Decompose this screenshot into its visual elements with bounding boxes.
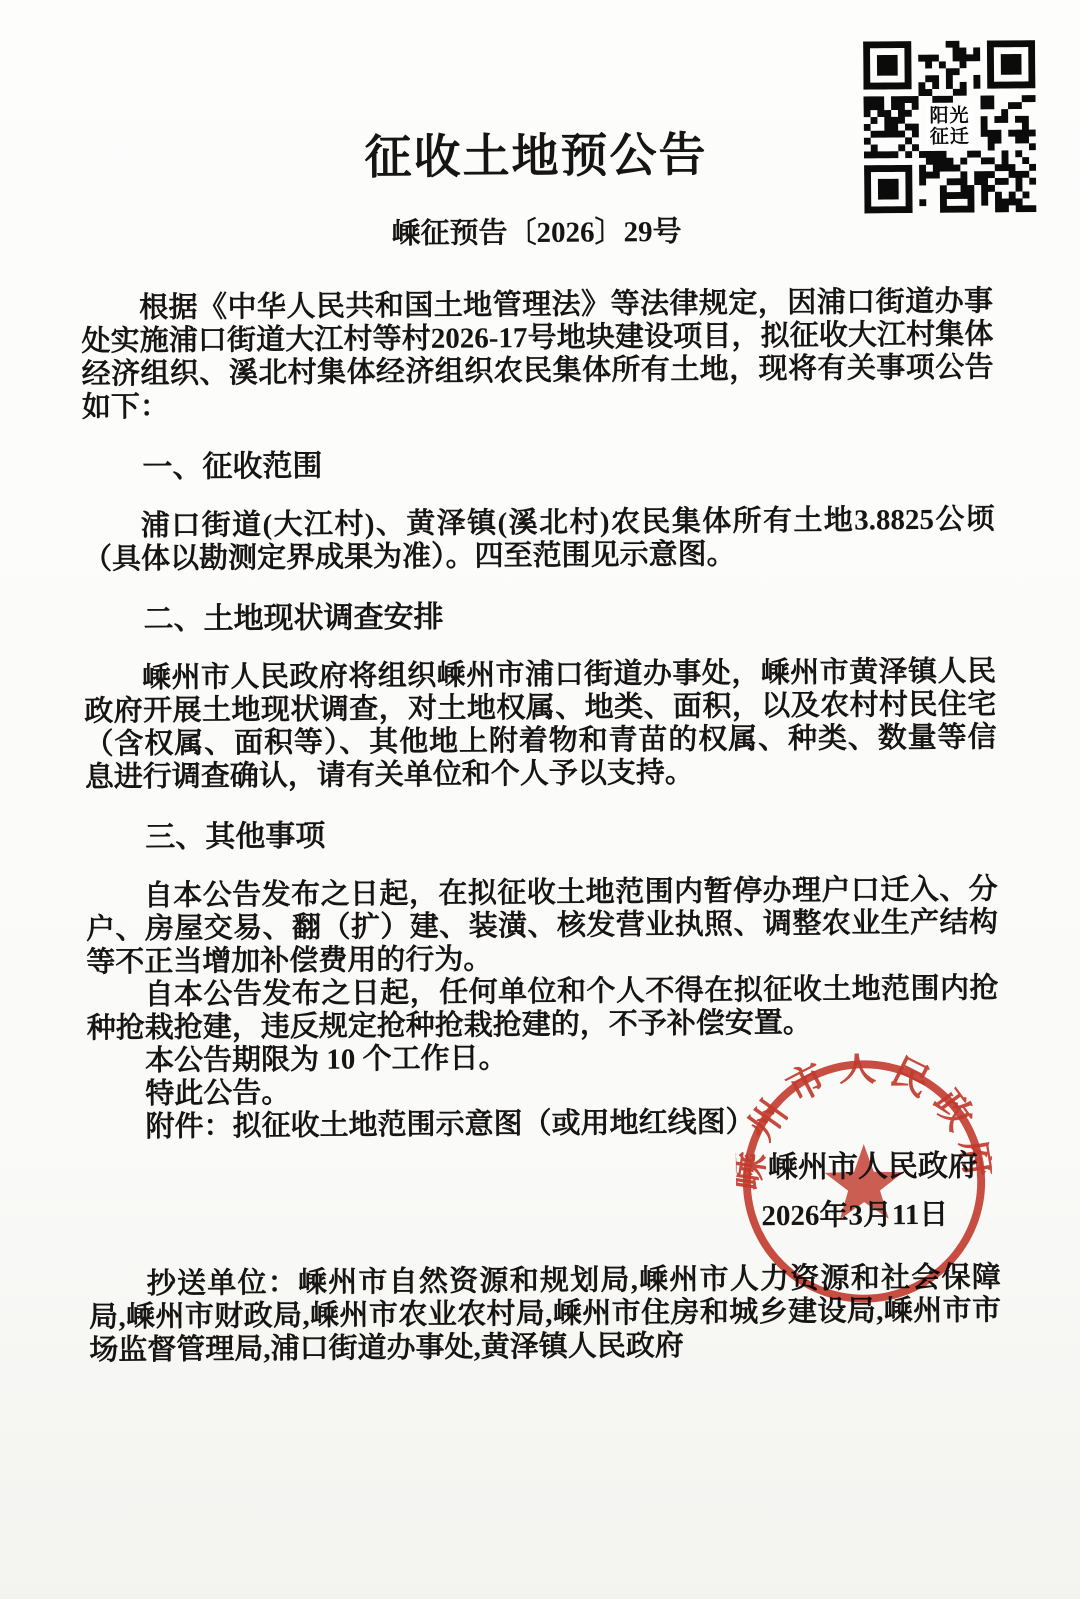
- document-title: 征收土地预公告: [80, 124, 992, 190]
- section-3-paragraph-1: 自本公告发布之日起，在拟征收土地范围内暂停办理户口迁入、分户、房屋交易、翻（扩）…: [86, 873, 999, 979]
- cc-list: 抄送单位：嵊州市自然资源和规划局,嵊州市人力资源和社会保障局,嵊州市财政局,嵊州…: [89, 1261, 1002, 1367]
- signature-block: 嵊州市人民政府 嵊州市人民政府 2026年3月11日: [88, 1149, 1001, 1238]
- section-2-paragraph: 嵊州市人民政府将组织嵊州市浦口街道办事处，嵊州市黄泽镇人民政府开展土地现状调查，…: [84, 655, 997, 794]
- attachment-note: 附件：拟征收土地范围示意图（或用地红线图）: [87, 1104, 999, 1144]
- document-body: 征收土地预公告 嵊征预告〔2026〕29号 根据《中华人民共和国土地管理法》等法…: [79, 0, 1002, 1368]
- section-3-paragraph-2: 自本公告发布之日起，任何单位和个人不得在拟征收土地范围内抢种抢栽抢建，违反规定抢…: [86, 972, 998, 1045]
- intro-paragraph: 根据《中华人民共和国土地管理法》等法律规定，因浦口街道办事处实施浦口街道大江村等…: [81, 285, 994, 424]
- issue-date: 2026年3月11日: [88, 1199, 948, 1239]
- announcement-document: 阳光 征迁 征收土地预公告 嵊征预告〔2026〕29号 根据《中华人民共和国土地…: [0, 0, 1080, 1599]
- section-1-paragraph: 浦口街道(大江村)、黄泽镇(溪北村)农民集体所有土地3.8825公顷（具体以勘测…: [83, 503, 995, 576]
- issuer-name: 嵊州市人民政府: [88, 1150, 978, 1190]
- section-2-heading: 二、土地现状调查安排: [83, 595, 995, 638]
- section-3-heading: 三、其他事项: [85, 813, 997, 856]
- document-number: 嵊征预告〔2026〕29号: [80, 212, 992, 254]
- section-1-heading: 一、征收范围: [82, 443, 994, 486]
